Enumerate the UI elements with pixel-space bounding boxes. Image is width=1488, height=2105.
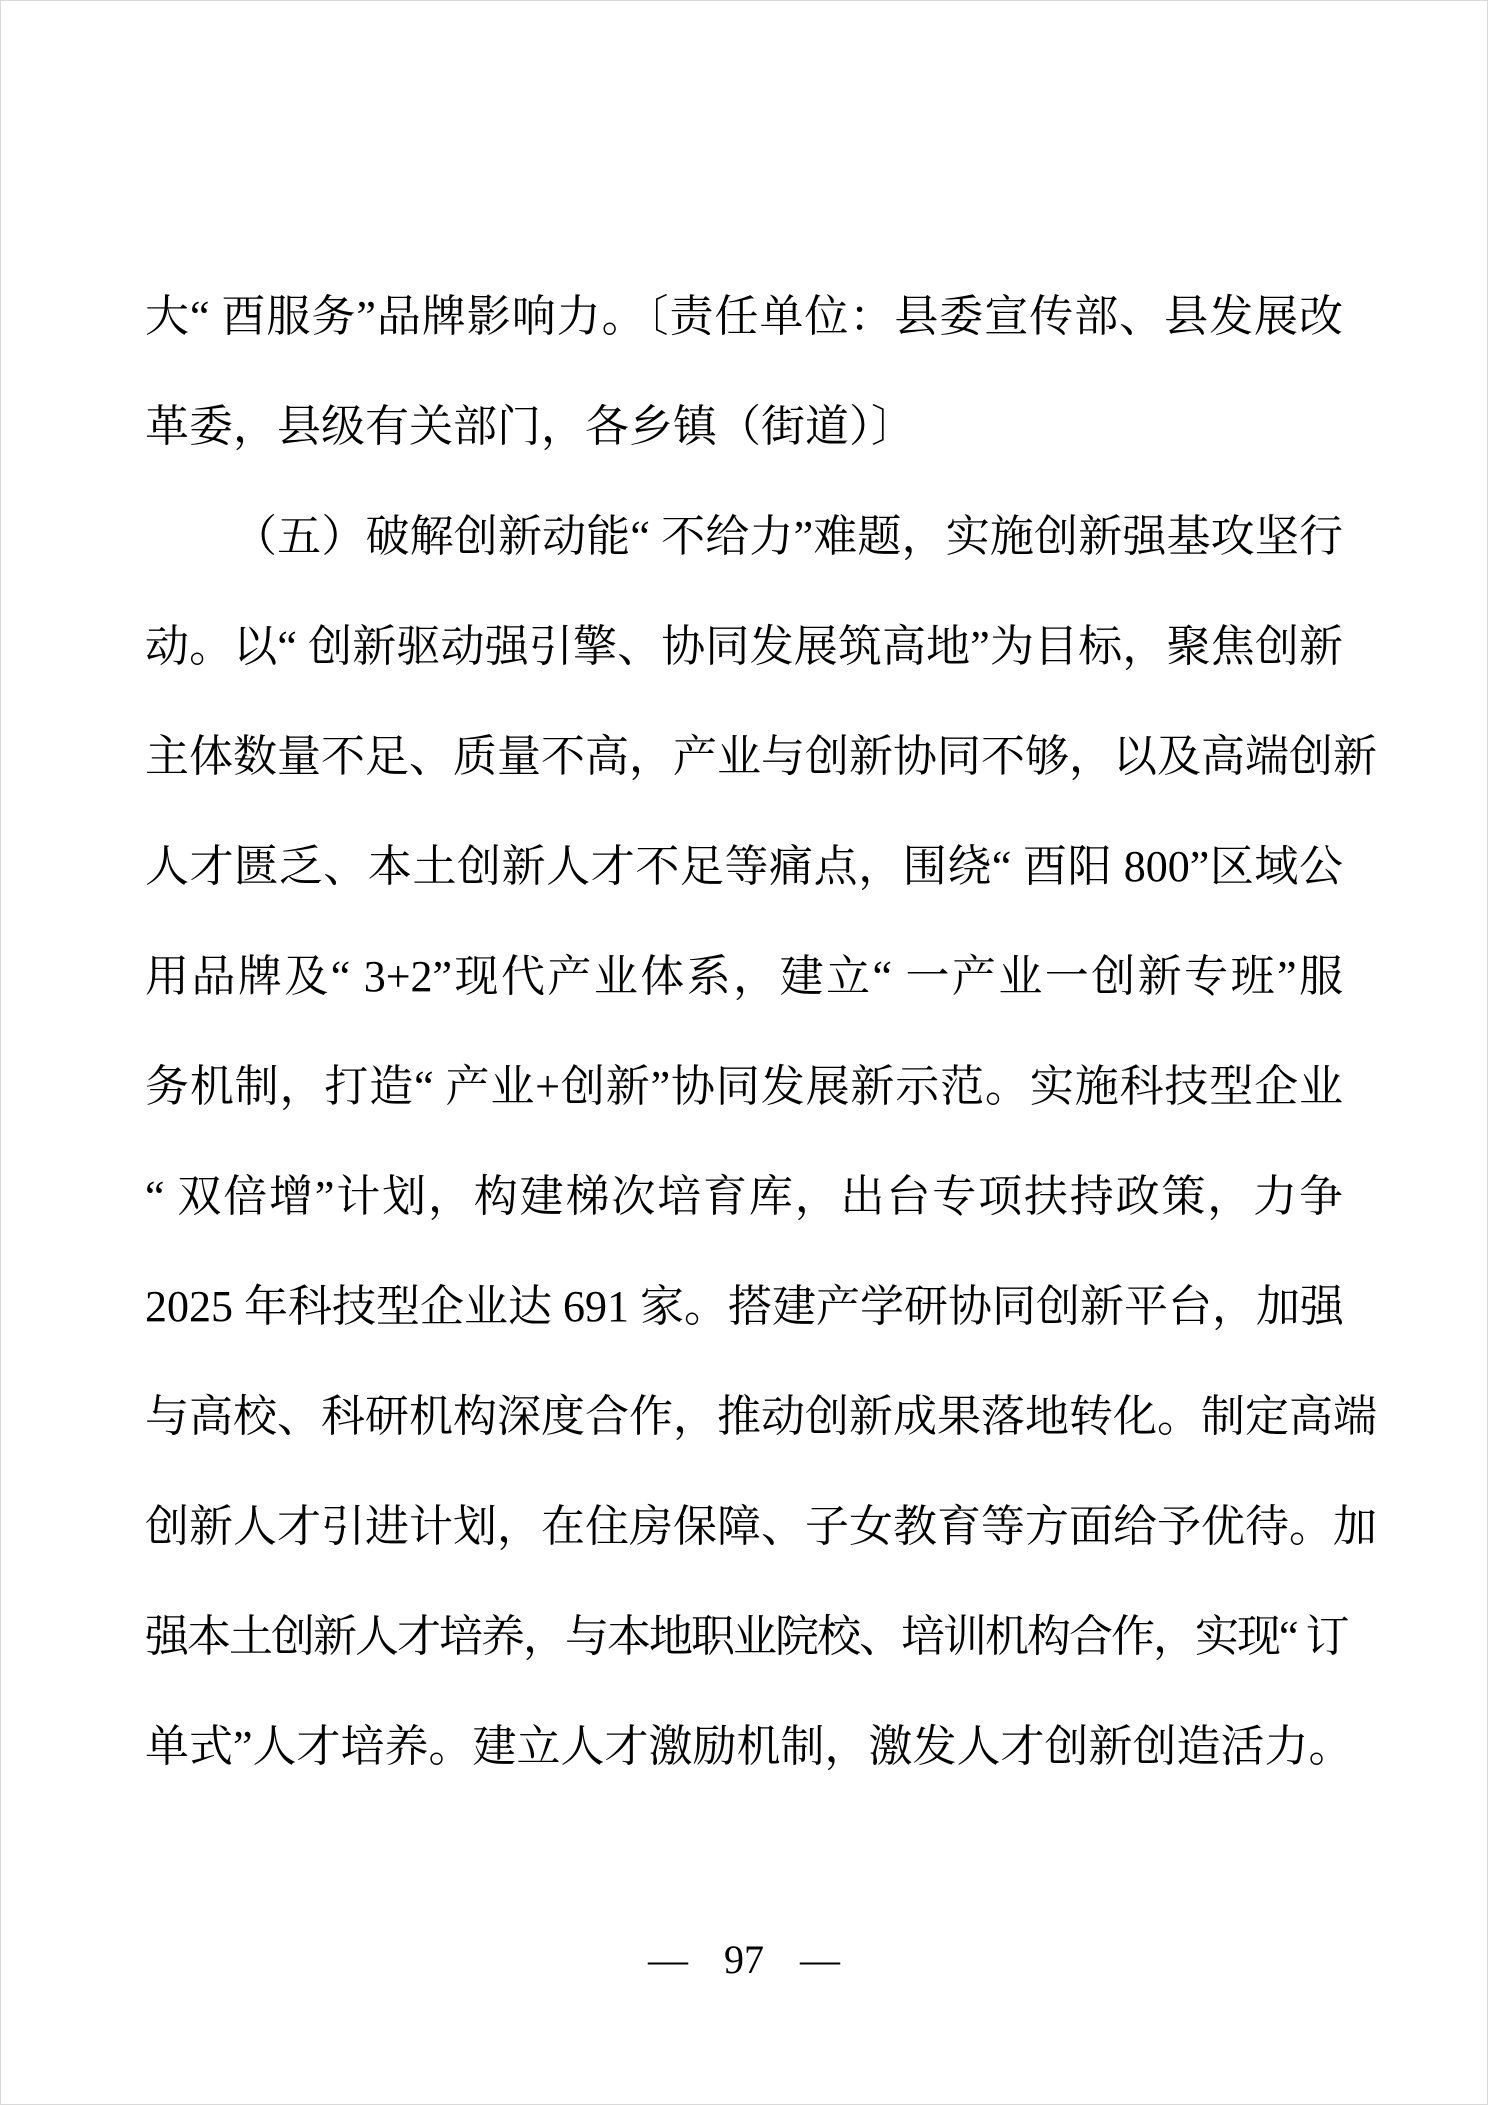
document-line: 单式”人才培养。建立人才激励机制，激发人才创新创造活力。 <box>145 1692 1343 1802</box>
footer-dash-left: — <box>648 1930 688 1990</box>
document-line: 人才匮乏、本土创新人才不足等痛点，围绕“ 酉阳 800”区域公 <box>145 812 1343 922</box>
document-page: 大“ 酉服务”品牌影响力。〔责任单位：县委宣传部、县发展改 革委，县级有关部门，… <box>0 0 1488 2105</box>
footer-dash-right: — <box>800 1930 840 1990</box>
document-line: （五）破解创新动能“ 不给力”难题，实施创新强基攻坚行 <box>145 482 1343 592</box>
document-line: 革委，县级有关部门，各乡镇（街道）〕 <box>145 372 1343 482</box>
document-line: 与高校、科研机构深度合作，推动创新成果落地转化。制定高端 <box>145 1362 1343 1472</box>
document-line: 大“ 酉服务”品牌影响力。〔责任单位：县委宣传部、县发展改 <box>145 262 1343 372</box>
document-body: 大“ 酉服务”品牌影响力。〔责任单位：县委宣传部、县发展改 革委，县级有关部门，… <box>145 262 1343 1802</box>
document-line: 2025 年科技型企业达 691 家。搭建产学研协同创新平台，加强 <box>145 1252 1343 1362</box>
document-line: “ 双倍增”计划，构建梯次培育库，出台专项扶持政策，力争 <box>145 1142 1343 1252</box>
page-number: 97 <box>724 1930 764 1990</box>
document-line: 创新人才引进计划，在住房保障、子女教育等方面给予优待。加 <box>145 1472 1343 1582</box>
document-line: 务机制，打造“ 产业+创新”协同发展新示范。实施科技型企业 <box>145 1032 1343 1142</box>
page-footer: —97— <box>0 1930 1488 1990</box>
document-line: 主体数量不足、质量不高，产业与创新协同不够，以及高端创新 <box>145 702 1343 812</box>
document-line: 用品牌及“ 3+2”现代产业体系，建立“ 一产业一创新专班”服 <box>145 922 1343 1032</box>
document-line: 强本土创新人才培养，与本地职业院校、培训机构合作，实现“ 订 <box>145 1582 1343 1692</box>
document-line: 动。以“ 创新驱动强引擎、协同发展筑高地”为目标，聚焦创新 <box>145 592 1343 702</box>
